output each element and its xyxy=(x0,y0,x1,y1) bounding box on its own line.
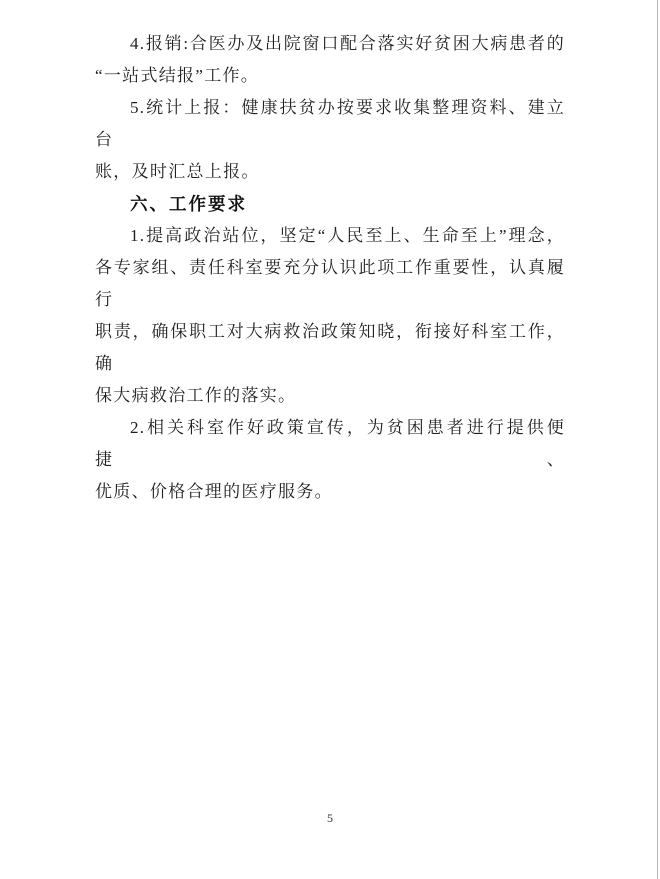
document-body: 4.报销:合医办及出院窗口配合落实好贫困大病患者的 “一站式结报”工作。 5.统… xyxy=(95,28,565,508)
paragraph-line: 优质、价格合理的医疗服务。 xyxy=(95,476,565,508)
document-page: 4.报销:合医办及出院窗口配合落实好贫困大病患者的 “一站式结报”工作。 5.统… xyxy=(0,0,660,879)
paragraph-line: 1.提高政治站位，坚定“人民至上、生命至上”理念， xyxy=(95,220,565,252)
section-heading: 六、工作要求 xyxy=(95,188,565,220)
paragraph-line: 账，及时汇总上报。 xyxy=(95,156,565,188)
paragraph-line: 职责，确保职工对大病救治政策知晓，衔接好科室工作，确 xyxy=(95,316,565,380)
paragraph-line: 各专家组、责任科室要充分认识此项工作重要性，认真履行 xyxy=(95,252,565,316)
paragraph-line: 2.相关科室作好政策宣传，为贫困患者进行提供便捷、 xyxy=(95,412,565,476)
paragraph-line: 4.报销:合医办及出院窗口配合落实好贫困大病患者的 xyxy=(95,28,565,60)
paragraph-line: 保大病救治工作的落实。 xyxy=(95,380,565,412)
paragraph-line: 5.统计上报：健康扶贫办按要求收集整理资料、建立台 xyxy=(95,92,565,156)
paragraph-line: “一站式结报”工作。 xyxy=(95,60,565,92)
viewer-right-edge xyxy=(657,0,658,879)
page-number: 5 xyxy=(0,808,660,828)
